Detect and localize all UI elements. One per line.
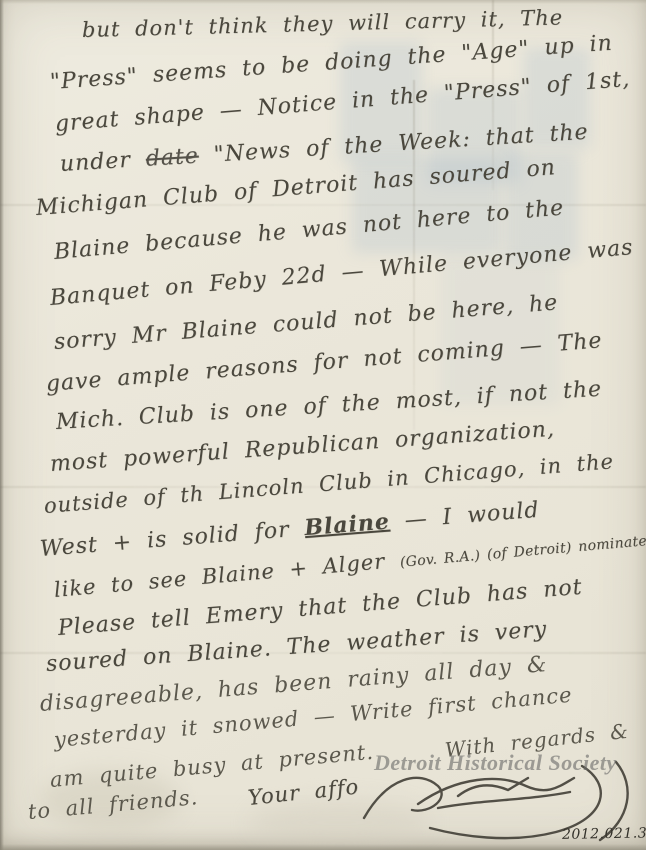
line-13-post: — I would <box>404 498 541 534</box>
watermark: Detroit Historical Society <box>374 750 617 776</box>
letter-page: but don't think they will carry it, The … <box>0 0 646 850</box>
line-13-pre: West + is solid for <box>39 517 290 562</box>
scan-edge-bottom <box>0 844 646 850</box>
underlined-name: Blaine <box>303 509 390 542</box>
line-4-pre: under <box>59 148 131 177</box>
scan-edge-top <box>0 0 646 4</box>
crossed-out-word: date <box>145 144 199 172</box>
line-14-annotation: (Gov. R.A.) (of Detroit) nominated. <box>399 532 646 571</box>
catalog-number: 2012.021.307 <box>562 825 646 843</box>
scan-edge-left <box>0 0 4 850</box>
